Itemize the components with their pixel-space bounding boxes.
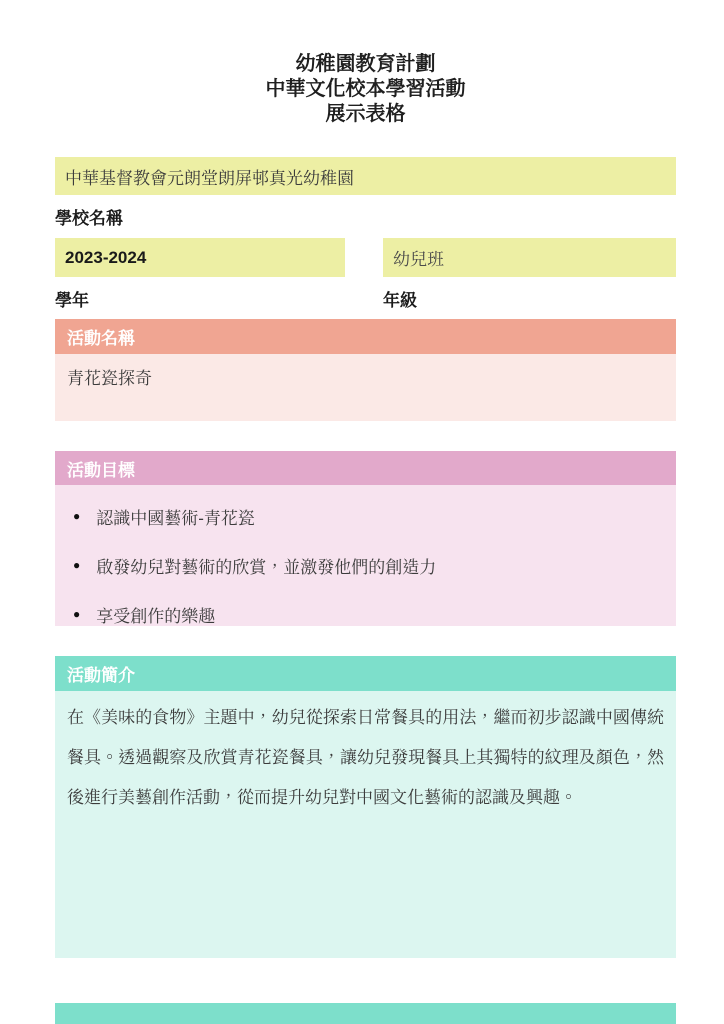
goal-list: ● 認識中國藝術-青花瓷 ● 啟發幼兒對藝術的欣賞，並激發他們的創造力 ● 享受… [67, 497, 664, 633]
activity-goals-body: ● 認識中國藝術-青花瓷 ● 啟發幼兒對藝術的欣賞，並激發他們的創造力 ● 享受… [55, 485, 676, 626]
school-year-label: 學年 [55, 286, 345, 308]
goal-list-item: ● 享受創作的樂趣 [67, 595, 664, 633]
document-title: 幼稚園教育計劃 中華文化校本學習活動 展示表格 [55, 0, 676, 127]
activity-name-header: 活動名稱 [55, 319, 676, 354]
activity-name-body: 青花瓷探奇 [55, 354, 676, 421]
activity-name-section: 活動名稱 青花瓷探奇 [55, 319, 676, 421]
goal-text: 認識中國藝術-青花瓷 [96, 504, 255, 529]
grade-field: 幼兒班 [383, 238, 676, 277]
next-section-header-partial [55, 1003, 676, 1024]
goal-text: 啟發幼兒對藝術的欣賞，並激發他們的創造力 [96, 553, 436, 578]
activity-intro-section: 活動簡介 在《美味的食物》主題中，幼兒從探索日常餐具的用法，繼而初步認識中國傳統… [55, 656, 676, 958]
title-line-3: 展示表格 [55, 102, 676, 127]
school-year-value: 2023-2024 [65, 248, 146, 268]
school-year-field: 2023-2024 [55, 238, 345, 277]
goal-list-item: ● 認識中國藝術-青花瓷 [67, 497, 664, 535]
activity-intro-text: 在《美味的食物》主題中，幼兒從探索日常餐具的用法，繼而初步認識中國傳統餐具。透過… [67, 698, 664, 818]
grade-value: 幼兒班 [393, 245, 444, 270]
activity-intro-header: 活動簡介 [55, 656, 676, 691]
school-name-field: 中華基督教會元朗堂朗屏邨真光幼稚園 [55, 157, 676, 195]
school-name-value: 中華基督教會元朗堂朗屏邨真光幼稚園 [65, 164, 354, 189]
school-name-label: 學校名稱 [55, 204, 676, 226]
goal-list-item: ● 啟發幼兒對藝術的欣賞，並激發他們的創造力 [67, 546, 664, 584]
activity-goals-header: 活動目標 [55, 451, 676, 485]
title-line-1: 幼稚園教育計劃 [55, 52, 676, 77]
activity-goals-section: 活動目標 ● 認識中國藝術-青花瓷 ● 啟發幼兒對藝術的欣賞，並激發他們的創造力… [55, 451, 676, 626]
goal-text: 享受創作的樂趣 [96, 602, 215, 627]
activity-name-value: 青花瓷探奇 [67, 369, 152, 388]
bullet-icon: ● [73, 608, 80, 620]
bullet-icon: ● [73, 510, 80, 522]
bullet-icon: ● [73, 559, 80, 571]
title-line-2: 中華文化校本學習活動 [55, 77, 676, 102]
grade-label: 年級 [383, 286, 676, 308]
document-page: 幼稚園教育計劃 中華文化校本學習活動 展示表格 中華基督教會元朗堂朗屏邨真光幼稚… [0, 0, 724, 1024]
activity-intro-body: 在《美味的食物》主題中，幼兒從探索日常餐具的用法，繼而初步認識中國傳統餐具。透過… [55, 691, 676, 958]
